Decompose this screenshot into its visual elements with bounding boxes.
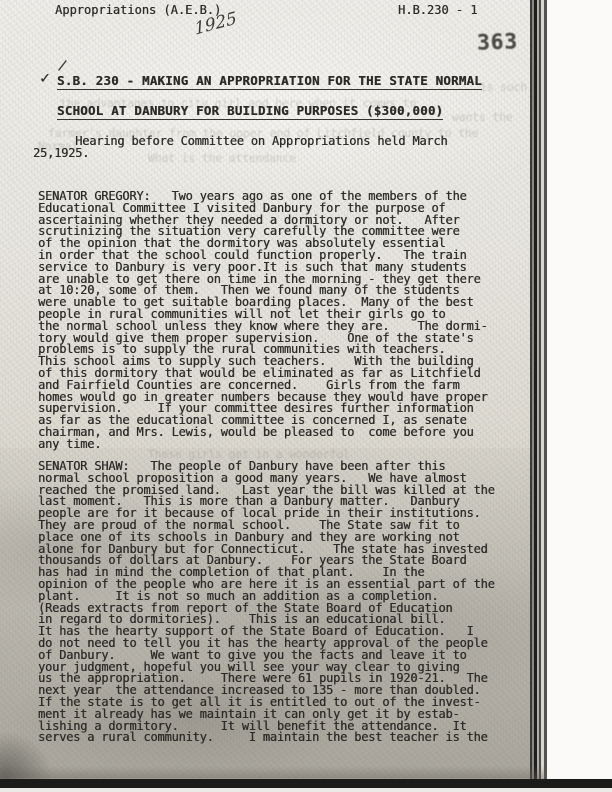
bill-title-text-1: S.B. 230 - MAKING AN APPROPRIATION FOR T… (57, 73, 482, 90)
header-bill-number: H.B.230 - 1 (398, 3, 477, 17)
bill-title-line-2: SCHOOL AT DANBURY FOR BUILDING PURPOSES … (57, 103, 443, 120)
page-bottom-shadow (0, 766, 547, 780)
header-committee-label: Appropriations (A.E.B.) (55, 3, 221, 17)
scan-right-margin (547, 0, 612, 792)
page-number-stamp: 363 (477, 29, 519, 54)
testimony-senator-shaw: SENATOR SHAW: The people of Danbury have… (38, 461, 495, 744)
bleed-through-text: wants the (452, 110, 513, 124)
bleed-through-text: is such (480, 80, 527, 94)
binding-edge (530, 0, 547, 789)
scan-bottom-margin (0, 788, 612, 792)
bill-title-text-2: SCHOOL AT DANBURY FOR BUILDING PURPOSES … (57, 103, 443, 120)
hearing-date-note: Hearing before Committee on Appropriatio… (33, 136, 447, 160)
scan-bottom-band (0, 779, 612, 788)
bill-title-line-1: S.B. 230 - MAKING AN APPROPRIATION FOR T… (57, 73, 482, 90)
scanned-document-page: is such the advantages to city girl and … (0, 0, 612, 792)
checkmark-icon: ✓ (40, 68, 50, 87)
testimony-senator-gregory: SENATOR GREGORY: Two years ago as one of… (38, 191, 488, 451)
